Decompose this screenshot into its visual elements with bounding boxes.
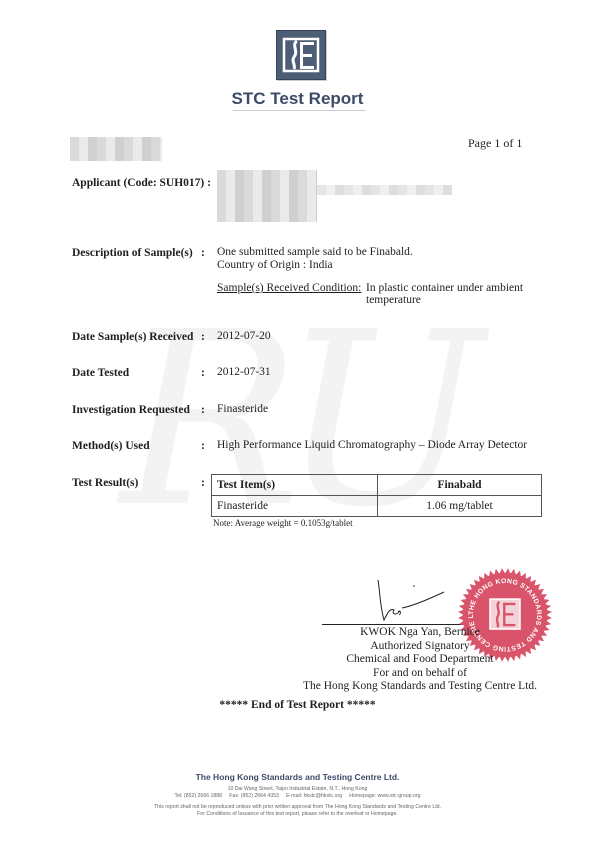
description-line1: One submitted sample said to be Finabald… [217, 246, 413, 258]
colon: : [201, 247, 205, 259]
signatory-behalf: For and on behalf of [290, 667, 550, 681]
colon: : [201, 440, 205, 452]
redacted-applicant-name [217, 170, 317, 222]
redacted-applicant-address [317, 185, 452, 195]
method-label: Method(s) Used [72, 440, 150, 452]
report-title: STC Test Report [0, 89, 595, 109]
signatory-block: KWOK Nga Yan, Bernice Authorized Signato… [290, 626, 550, 694]
signatory-role: Authorized Signatory [290, 640, 550, 654]
results-table: Test Item(s) Finabald Finasteride 1.06 m… [211, 474, 542, 517]
footer-contact: Tel: (852) 2666 1888 Fax: (852) 2664 435… [0, 793, 595, 799]
end-of-report: ***** End of Test Report ***** [0, 699, 595, 711]
investigation-label: Investigation Requested [72, 404, 190, 416]
header-sample: Finabald [378, 475, 542, 496]
date-tested-label: Date Tested [72, 367, 129, 379]
condition-line2: temperature [366, 294, 421, 306]
table-header-row: Test Item(s) Finabald [212, 475, 542, 496]
table-row: Finasteride 1.06 mg/tablet [212, 496, 542, 517]
page-number: Page 1 of 1 [468, 136, 522, 151]
method-value: High Performance Liquid Chromatography –… [217, 439, 527, 451]
applicant-label: Applicant (Code: SUH017) : [72, 177, 211, 189]
date-received-label: Date Sample(s) Received [72, 331, 193, 343]
colon: : [201, 331, 205, 343]
cell-test-item: Finasteride [212, 496, 378, 517]
signatory-company: The Hong Kong Standards and Testing Cent… [290, 680, 550, 694]
footer-company: The Hong Kong Standards and Testing Cent… [0, 772, 595, 782]
footer-disclaimer-2: For Conditions of Issuance of this test … [0, 811, 595, 817]
description-label: Description of Sample(s) [72, 247, 193, 259]
results-label: Test Result(s) [72, 477, 138, 489]
redacted-reference [70, 137, 162, 161]
condition-line1: In plastic container under ambient [366, 282, 523, 294]
signatory-name: KWOK Nga Yan, Bernice [290, 626, 550, 640]
footer-disclaimer-1: This report shall not be reproduced unle… [0, 804, 595, 810]
investigation-value: Finasteride [217, 403, 268, 415]
signature-icon [372, 578, 447, 623]
description-line2: Country of Origin : India [217, 259, 333, 271]
table-note: Note: Average weight = 0.1053g/tablet [213, 518, 353, 528]
date-received-value: 2012-07-20 [217, 330, 271, 342]
header-test-item: Test Item(s) [212, 475, 378, 496]
condition-label: Sample(s) Received Condition: [217, 282, 361, 294]
colon: : [201, 404, 205, 416]
title-underline [233, 110, 366, 111]
colon: : [201, 477, 205, 489]
footer-address: 10 Dai Wang Street, Taipo Industrial Est… [0, 786, 595, 792]
cell-result: 1.06 mg/tablet [378, 496, 542, 517]
date-tested-value: 2012-07-31 [217, 366, 271, 378]
colon: : [201, 367, 205, 379]
signatory-department: Chemical and Food Department [290, 653, 550, 667]
stc-logo-icon [276, 30, 326, 80]
